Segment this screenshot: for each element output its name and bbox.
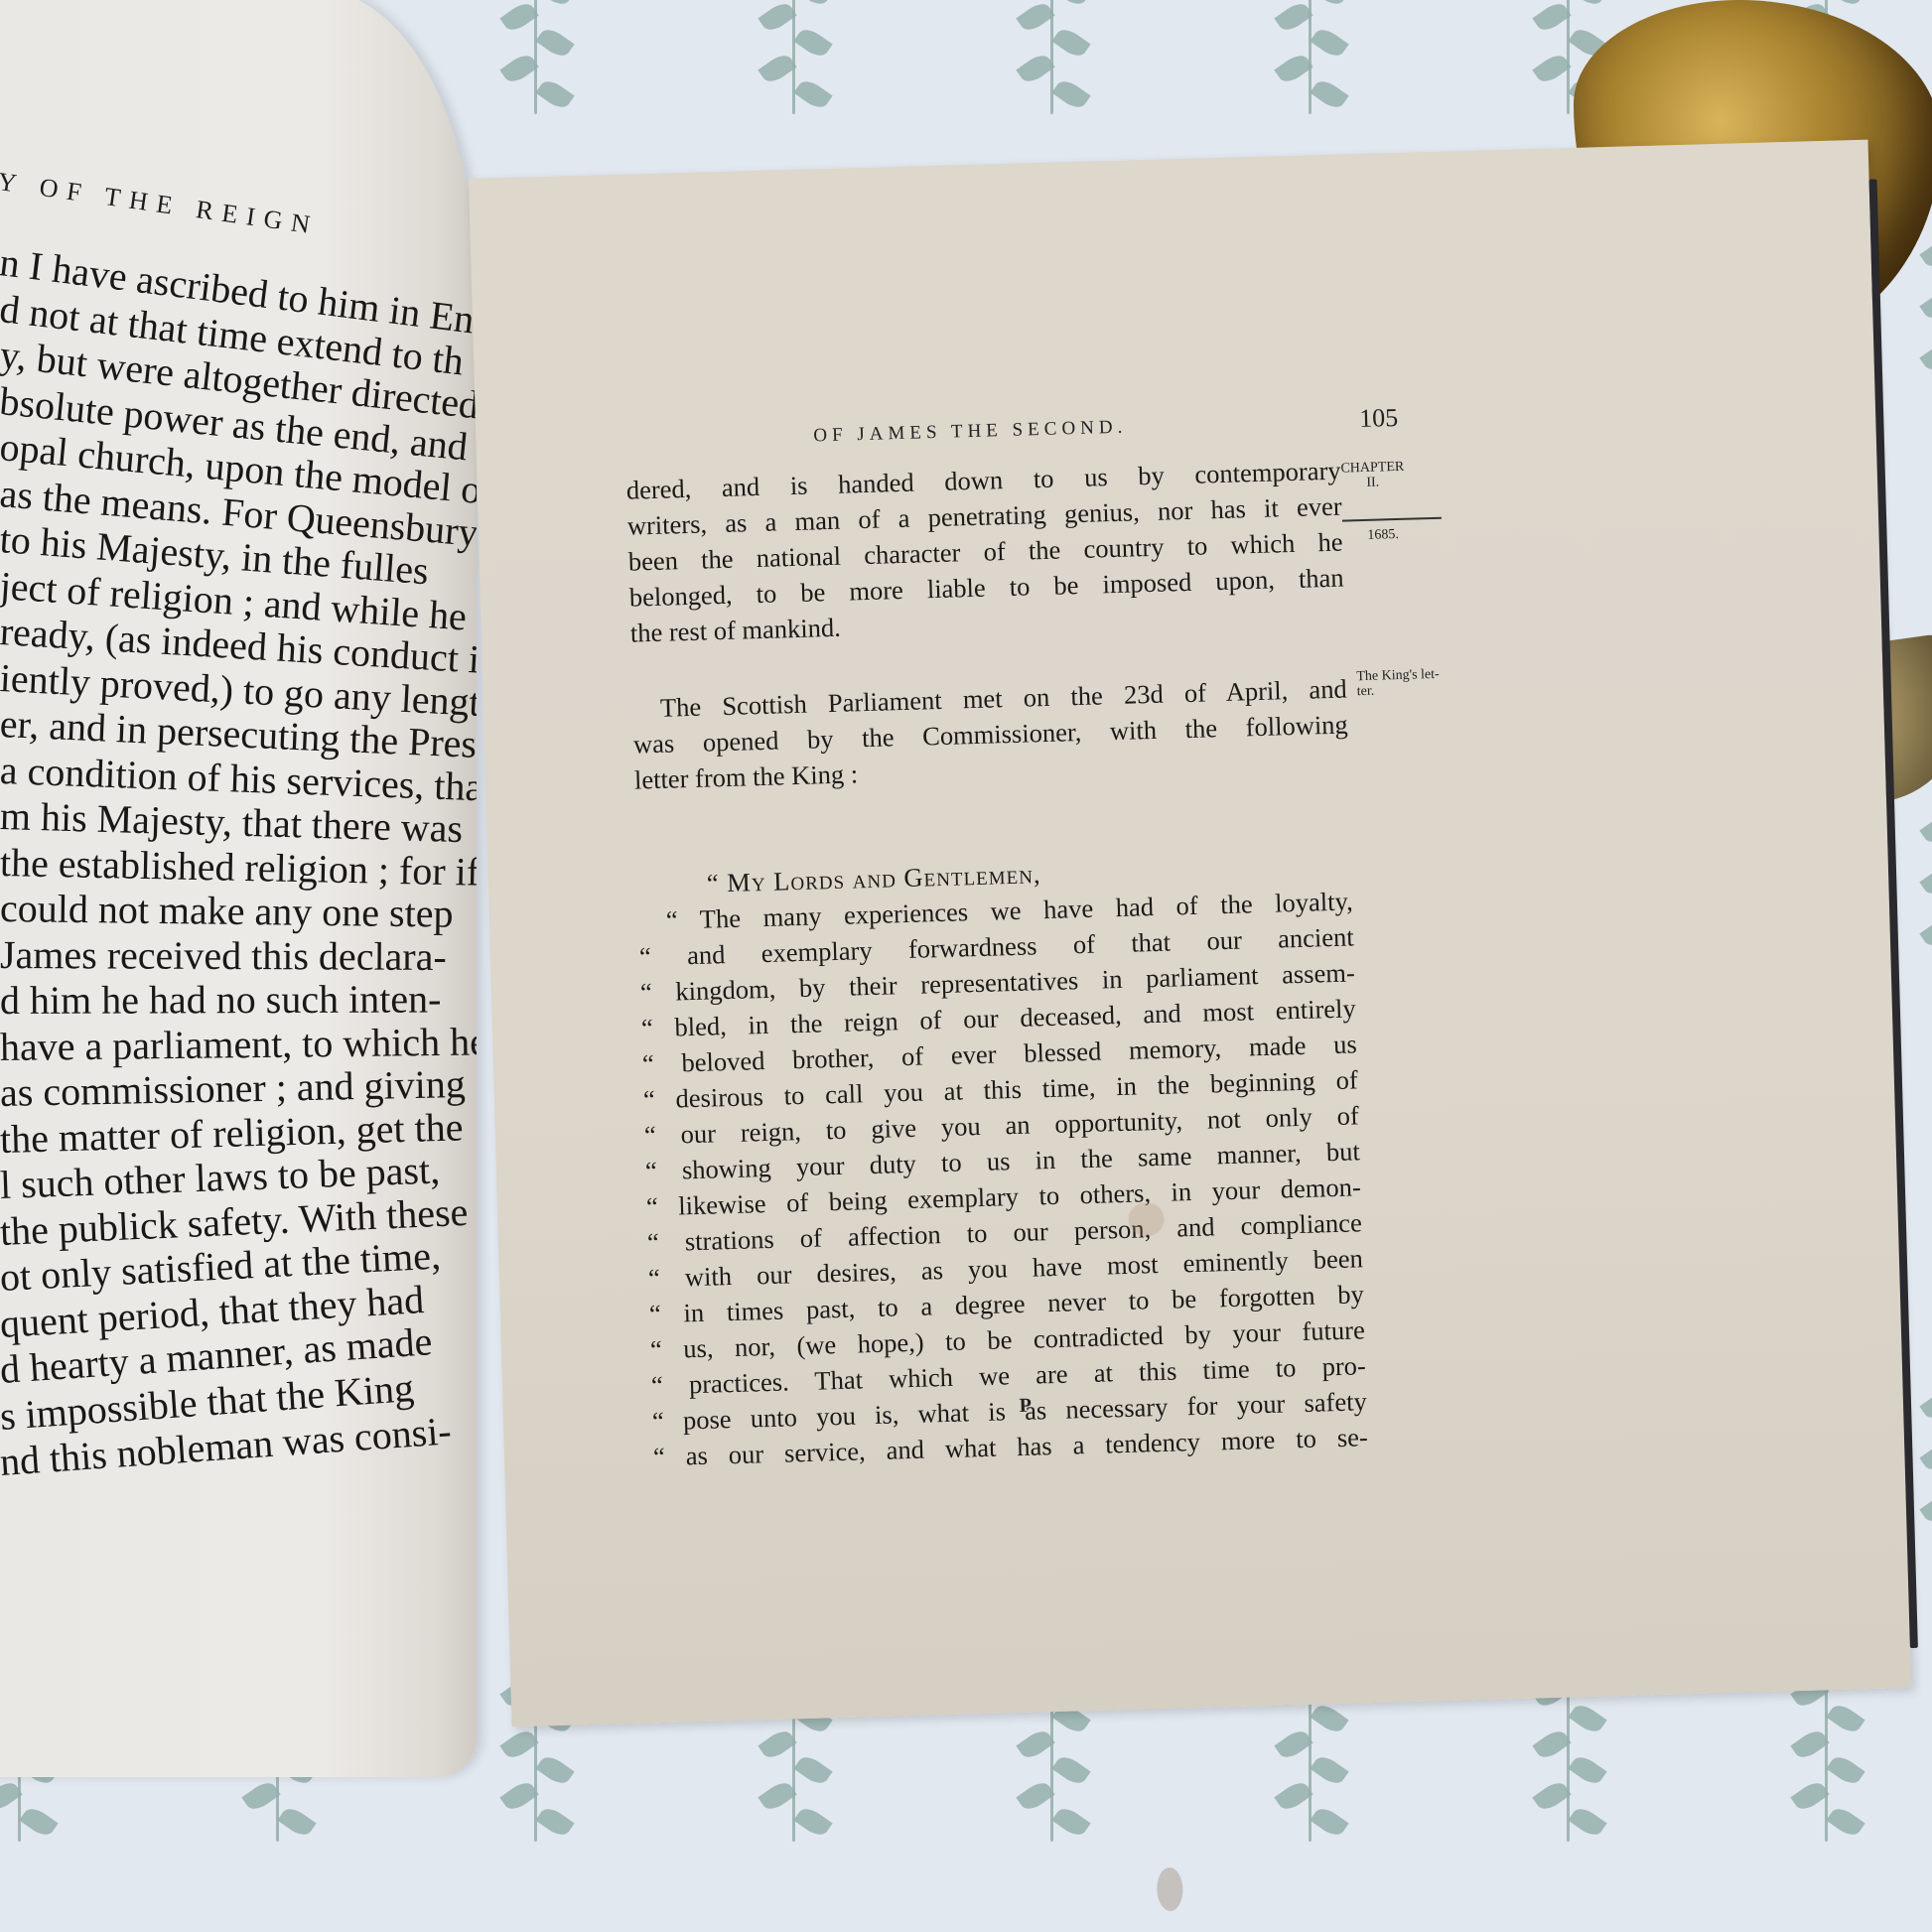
leaf-sprig-icon bbox=[993, 0, 1112, 119]
marginal-note: The King's let- ter. bbox=[1356, 668, 1440, 700]
marginal-chapter-number: II. bbox=[1341, 475, 1405, 490]
text-line: d him he had no such inten- bbox=[0, 975, 441, 1024]
left-page: Y OF THE REIGN n I have ascribed to him … bbox=[0, 0, 477, 1777]
text-line: could not make any one step bbox=[0, 885, 454, 937]
leaf-sprig-icon bbox=[477, 0, 596, 119]
page-number: 105 bbox=[1359, 403, 1399, 434]
leaf-sprig-icon bbox=[1251, 0, 1370, 119]
right-page: OF JAMES THE SECOND. 105 CHAPTER II. 168… bbox=[469, 140, 1911, 1727]
signature-mark: P bbox=[1019, 1395, 1032, 1418]
left-running-head: Y OF THE REIGN bbox=[0, 167, 321, 241]
right-page-body: dered, and is handed down to us by conte… bbox=[625, 453, 1368, 1475]
right-running-head: OF JAMES THE SECOND. bbox=[813, 417, 1128, 448]
leaf-sprig-icon bbox=[1896, 804, 1932, 983]
marginal-year: 1685. bbox=[1367, 528, 1399, 544]
text-line: James received this declara- bbox=[0, 931, 447, 980]
marginal-chapter: CHAPTER II. bbox=[1340, 461, 1405, 491]
marginal-note-line: The King's let- bbox=[1356, 668, 1440, 685]
marginal-rule bbox=[1342, 517, 1442, 522]
leaf-sprig-icon bbox=[735, 0, 854, 119]
marginal-note-line: ter. bbox=[1357, 683, 1441, 700]
leaf-sprig-icon bbox=[1767, 1668, 1886, 1847]
